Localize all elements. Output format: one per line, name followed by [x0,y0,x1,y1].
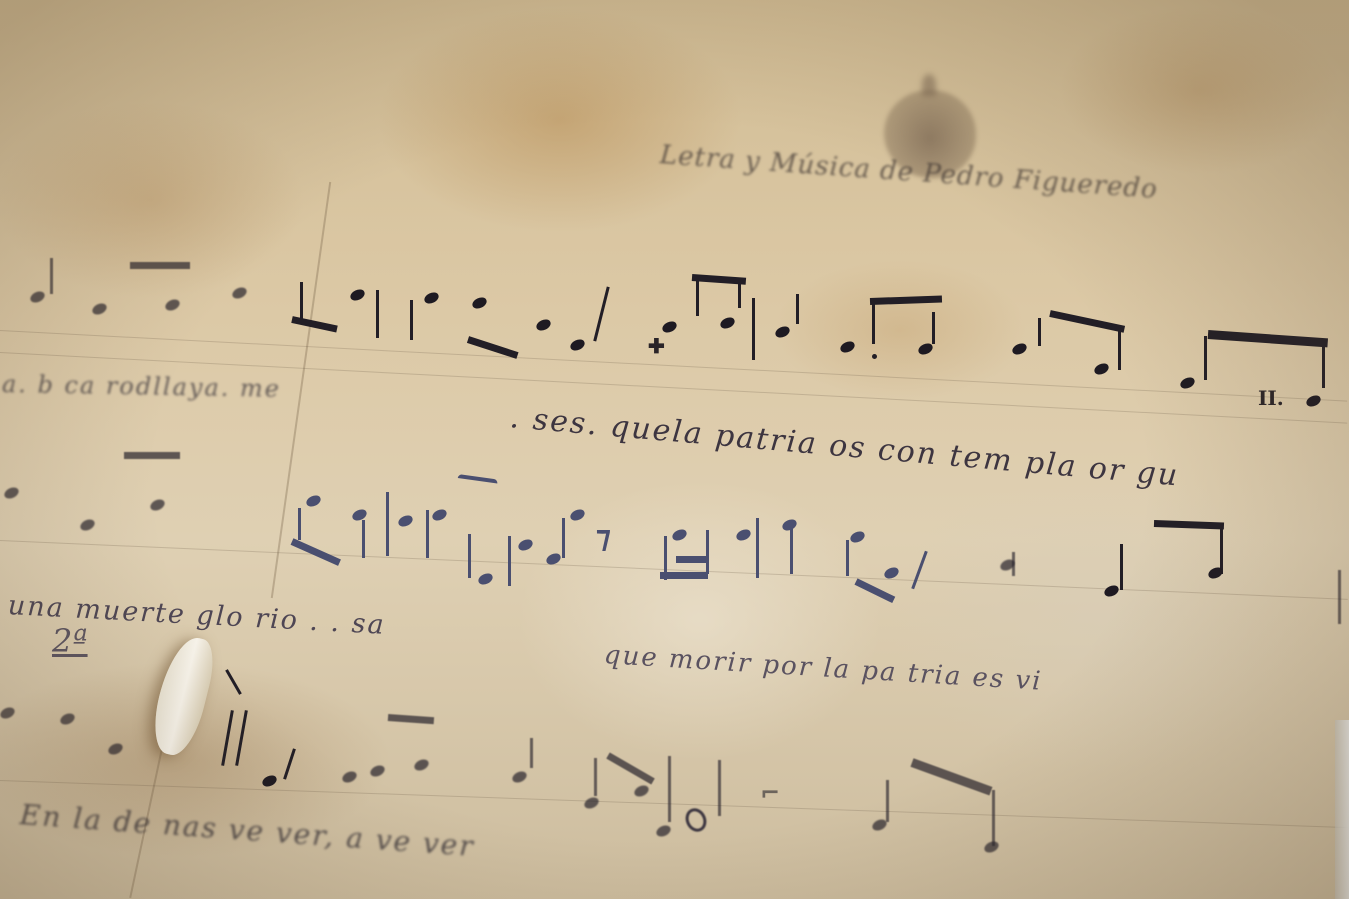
dot [872,354,877,359]
stem [1012,552,1015,576]
sharp-sign: ✚ [648,334,665,358]
beam [130,262,190,269]
stem [932,312,935,344]
stem [790,526,793,574]
lyrics-line-1-left: a. b ca rodllaya. me [2,370,281,403]
stem [1118,328,1121,370]
rest-sign: ⁊ [596,520,611,555]
stem [718,760,721,816]
page-edge [1335,720,1349,899]
stem [376,290,379,338]
stem [668,756,671,822]
stem [1338,570,1341,624]
section-mark: 2ª [52,622,88,660]
stem [594,758,597,796]
stem [756,518,759,578]
beam [660,572,708,579]
stem [738,280,741,308]
measure-mark: II. [1258,386,1284,410]
stem [872,300,875,344]
stem [300,282,303,322]
stem [846,540,849,576]
stem [298,508,301,540]
stem [410,300,413,340]
stem [362,520,365,558]
stem [468,534,471,578]
stem [992,790,995,846]
stem [50,258,53,294]
stem [530,738,533,768]
stem [1120,544,1123,590]
stem [1204,336,1207,380]
stem [386,492,389,556]
stem [886,780,889,822]
stem [562,518,565,558]
stem [1220,524,1223,574]
stem [706,530,709,574]
stem [1322,340,1325,388]
beam [124,452,180,459]
beam [676,556,706,563]
stem [508,536,511,586]
stem [426,510,429,558]
stem [696,276,699,316]
stem [752,298,755,360]
stem [1038,318,1041,346]
stem [796,294,799,324]
rest-sign: ⌐ [760,778,780,807]
